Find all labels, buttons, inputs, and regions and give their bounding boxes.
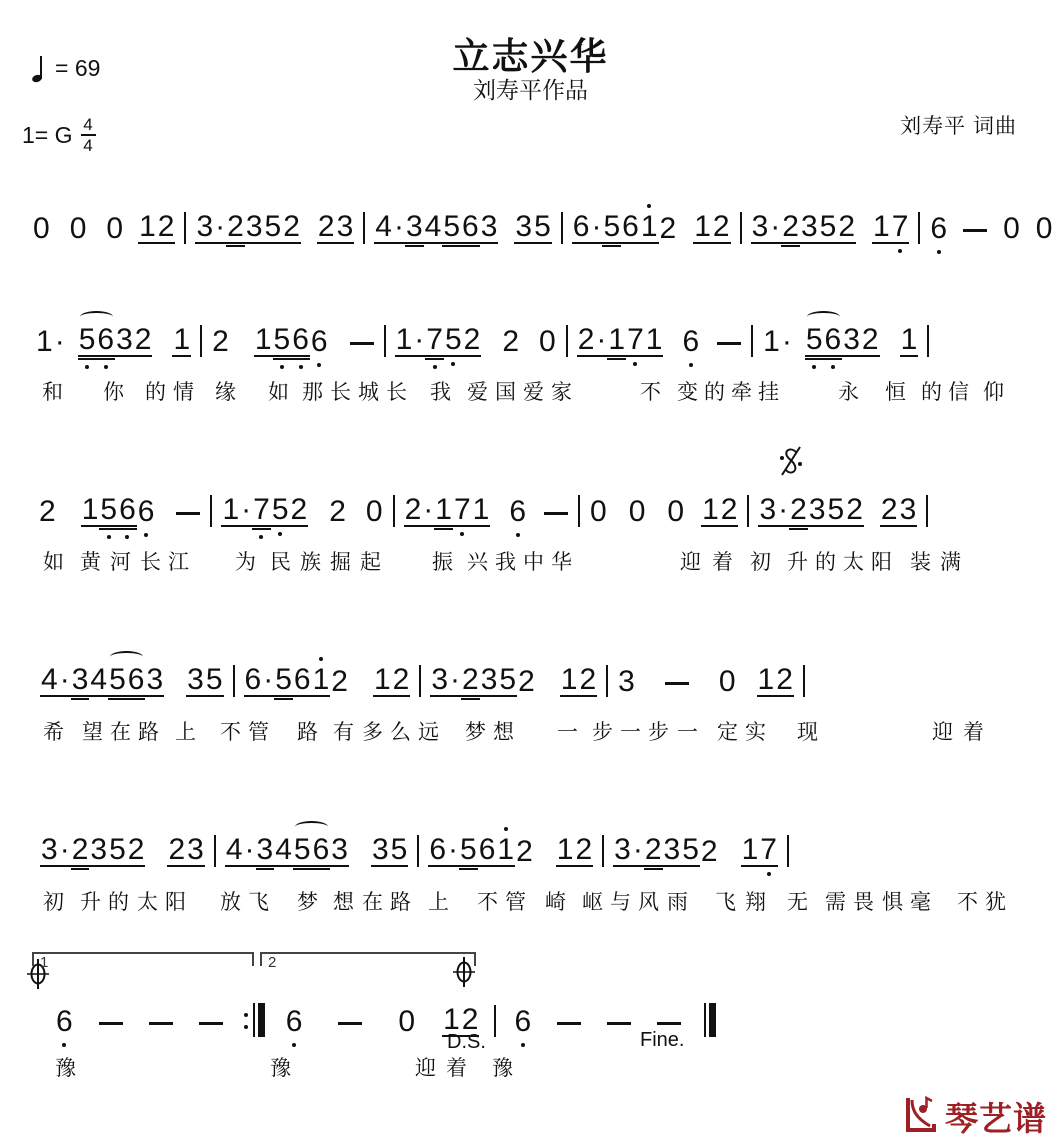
key-prefix: 1= G: [22, 122, 73, 149]
barline: [417, 835, 419, 867]
octave-dot-below: [898, 249, 902, 253]
note: 3·: [195, 212, 226, 244]
lyric-syllable: 初: [750, 550, 771, 575]
volta-1-bracket: 1: [32, 952, 254, 966]
lyric-syllable: 惧: [882, 890, 903, 915]
note: 5: [274, 665, 293, 697]
octave-dot-below: [144, 533, 148, 537]
note: 3·: [40, 835, 71, 867]
spacer: [636, 696, 664, 697]
spacer: [347, 526, 365, 527]
octave-dot-below: [280, 365, 284, 369]
note: 2: [789, 495, 808, 527]
lyric-syllable: 的: [145, 380, 166, 405]
fine-label: Fine.: [640, 1029, 684, 1052]
lyric-syllable: 为: [235, 550, 256, 575]
lyrics-line-6: 豫豫迎着豫: [0, 1056, 1061, 1086]
note: 6: [96, 325, 115, 357]
note: 4·: [374, 212, 405, 244]
final-barline: [704, 1003, 716, 1037]
lyric-syllable: 不: [220, 720, 241, 745]
lyric-syllable: 河: [110, 550, 131, 575]
octave-dot-below: [85, 365, 89, 369]
note: 2: [463, 325, 482, 357]
note: 2: [157, 212, 176, 244]
lyric-syllable: 装: [910, 550, 931, 575]
lyric-syllable: 华: [551, 550, 572, 575]
barline: [561, 212, 563, 244]
note: 1: [757, 665, 776, 697]
time-denominator: 4: [83, 137, 92, 154]
lyric-syllable: 着: [963, 720, 984, 745]
volta-2-label: 2: [268, 954, 276, 971]
note: 1: [556, 835, 575, 867]
barline: [602, 835, 604, 867]
octave-dot-below: [292, 1043, 296, 1047]
note: 2: [775, 665, 794, 697]
lyric-syllable: 路: [138, 720, 159, 745]
lyric-syllable: 起: [360, 550, 381, 575]
dash-note: [665, 682, 689, 685]
lyric-syllable: 不: [640, 380, 661, 405]
note: 2: [328, 497, 347, 527]
note: 1: [900, 325, 919, 357]
dash-note: [557, 1022, 581, 1025]
lyric-syllable: 城: [358, 380, 379, 405]
barline: [566, 325, 568, 357]
lyric-syllable: 信: [948, 380, 969, 405]
note: 6·: [244, 665, 275, 697]
note: 7: [425, 325, 444, 357]
spacer: [152, 356, 172, 357]
lyric-syllable: 岖: [582, 890, 603, 915]
octave-dot-below: [451, 362, 455, 366]
lyric-syllable: 太: [843, 550, 864, 575]
note: 6: [508, 497, 527, 527]
note: 3·: [751, 212, 782, 244]
spacer: [700, 356, 716, 357]
lyric-syllable: 黄: [80, 550, 101, 575]
note: 1: [640, 212, 659, 244]
slur-group: 56: [805, 325, 842, 357]
dash-note: [99, 1022, 123, 1025]
note: 5: [273, 325, 292, 357]
spacer: [582, 1036, 606, 1037]
note: 6: [513, 1007, 532, 1037]
key-signature: 1= G 4 4: [22, 116, 96, 154]
lyric-syllable: 迎: [680, 550, 701, 575]
note: 3: [115, 325, 134, 357]
lyric-syllable: 的: [815, 550, 836, 575]
lyric-syllable: 望: [82, 720, 103, 745]
note: 6: [621, 212, 640, 244]
spacer: [51, 243, 69, 244]
music-system-1: 000123·2352234·34563356·5612123·23521760…: [32, 202, 1061, 244]
lyric-syllable: 现: [797, 720, 818, 745]
time-signature: 4 4: [81, 116, 96, 154]
note: 2: [392, 665, 411, 697]
note: 0: [365, 497, 384, 527]
spacer: [864, 526, 880, 527]
spacer: [490, 526, 508, 527]
lyric-syllable: 豫: [270, 1056, 291, 1081]
note: 0: [628, 497, 647, 527]
note: 5: [498, 665, 517, 697]
note: 1·: [395, 325, 426, 357]
slur-group: 56: [108, 665, 145, 697]
barline: [751, 325, 753, 357]
note: 3: [480, 665, 499, 697]
note: 5: [390, 835, 409, 867]
music-system-2: 1·56321215661·752202·17161·56321: [35, 315, 938, 357]
barline: [606, 665, 608, 697]
octave-dot-below: [317, 363, 321, 367]
spacer: [536, 696, 560, 697]
note: 5: [533, 212, 552, 244]
lyric-syllable: 那: [302, 380, 323, 405]
spacer: [527, 526, 543, 527]
lyric-syllable: 实: [745, 720, 766, 745]
octave-dot-above: [504, 827, 508, 831]
barline: [747, 495, 749, 527]
lyric-syllable: 雨: [667, 890, 688, 915]
note: 3: [245, 212, 264, 244]
note: 3: [800, 212, 819, 244]
lyric-syllable: 梦: [297, 890, 318, 915]
lyric-syllable: 缘: [215, 380, 236, 405]
octave-dot-below: [516, 533, 520, 537]
lyric-syllable: 路: [390, 890, 411, 915]
lyrics-line-4: 希望在路上不管路有多么远梦想一步一步一定实现迎着: [0, 720, 1061, 750]
barline: [384, 325, 386, 357]
barline: [787, 835, 789, 867]
note: 1: [496, 835, 515, 867]
lyric-syllable: 升: [787, 550, 808, 575]
note: 0: [32, 214, 51, 244]
music-system-4: 4·34563356·5612123·2352123012: [40, 655, 814, 697]
note: 2: [282, 212, 301, 244]
note: 3: [808, 495, 827, 527]
note: 2: [134, 325, 153, 357]
note: 5: [205, 665, 224, 697]
note: 1: [254, 325, 273, 357]
note: 6: [824, 325, 843, 357]
note: 2: [501, 327, 520, 357]
note: 1·: [221, 495, 252, 527]
spacer: [505, 1036, 513, 1037]
dash-note: [963, 229, 987, 232]
note: 2: [861, 325, 880, 357]
note: 2: [781, 212, 800, 244]
octave-dot-below: [107, 535, 111, 539]
spacer: [690, 696, 718, 697]
note: 5: [819, 212, 838, 244]
spacer: [520, 356, 538, 357]
spacer: [87, 243, 105, 244]
note: 2: [837, 212, 856, 244]
note: 3·: [758, 495, 789, 527]
dash-note: [149, 1022, 173, 1025]
spacer: [988, 243, 1002, 244]
lyric-syllable: 满: [940, 550, 961, 575]
octave-dot-below: [937, 250, 941, 254]
lyric-syllable: 你: [103, 380, 124, 405]
note: 4: [424, 212, 443, 244]
lyric-syllable: 我: [495, 550, 516, 575]
note: 1: [607, 325, 626, 357]
lyric-syllable: 国: [495, 380, 516, 405]
lyric-syllable: 管: [505, 890, 526, 915]
repeat-barline: [244, 1003, 265, 1037]
lyric-syllable: 和: [42, 380, 63, 405]
note: 0: [538, 327, 557, 357]
lyric-syllable: 无: [787, 890, 808, 915]
note: 2: [38, 497, 57, 527]
lyric-syllable: 挂: [758, 380, 779, 405]
lyric-syllable: 毫: [910, 890, 931, 915]
note: 3: [371, 835, 390, 867]
spacer: [145, 866, 167, 867]
dash-note: [338, 1022, 362, 1025]
spacer: [719, 866, 741, 867]
slur-arc: [110, 651, 143, 663]
note: 6: [310, 327, 329, 357]
lyrics-line-3: 如黄河长江为民族掘起振兴我中华迎着初升的太阳装满: [0, 550, 1061, 580]
note: 2: [330, 667, 349, 697]
lyric-syllable: 定: [717, 720, 738, 745]
barline: [210, 495, 212, 527]
note: 0: [1035, 214, 1054, 244]
note: 2: [226, 212, 245, 244]
note: 5: [805, 325, 824, 357]
note: 0: [1002, 214, 1021, 244]
lyric-syllable: 想: [493, 720, 514, 745]
spacer: [224, 1036, 236, 1037]
note: 6: [291, 325, 310, 357]
octave-dot-below: [460, 532, 464, 536]
note: 5: [459, 835, 478, 867]
spacer: [948, 243, 962, 244]
lyric-syllable: 在: [362, 890, 383, 915]
note: 6: [461, 212, 480, 244]
lyric-syllable: 不: [477, 890, 498, 915]
octave-dot-above: [647, 204, 651, 208]
note: 2: [515, 837, 534, 867]
barline: [214, 835, 216, 867]
lyric-syllable: 民: [270, 550, 291, 575]
lyric-syllable: 步: [648, 720, 669, 745]
note: 1: [81, 495, 100, 527]
note: 3: [330, 835, 349, 867]
note: 1·: [762, 327, 793, 357]
lyric-syllable: 路: [297, 720, 318, 745]
note: 2: [720, 495, 739, 527]
lyric-syllable: 仰: [983, 380, 1004, 405]
note: 0: [589, 497, 608, 527]
note: 7: [759, 835, 778, 867]
barline: [927, 325, 929, 357]
dash-note: [176, 512, 200, 515]
spacer: [308, 526, 328, 527]
lyric-syllable: 阳: [165, 890, 186, 915]
note: 1: [693, 212, 712, 244]
lyric-syllable: 升: [80, 890, 101, 915]
note: 0: [105, 214, 124, 244]
note: 0: [718, 667, 737, 697]
lyric-syllable: 犹: [985, 890, 1006, 915]
lyric-syllable: 崎: [545, 890, 566, 915]
note: 6: [137, 497, 156, 527]
spacer: [230, 356, 254, 357]
note: 1: [741, 835, 760, 867]
note: 1: [472, 495, 491, 527]
lyric-syllable: 的: [704, 380, 725, 405]
time-numerator: 4: [83, 116, 92, 133]
note: 2: [712, 212, 731, 244]
lyric-syllable: 家: [551, 380, 572, 405]
barline: [200, 325, 202, 357]
spacer: [737, 696, 757, 697]
note: 2: [167, 835, 186, 867]
lyric-syllable: 豫: [492, 1056, 513, 1081]
note: 1: [560, 665, 579, 697]
spacer: [155, 526, 175, 527]
lyric-syllable: 情: [173, 380, 194, 405]
note: 3: [514, 212, 533, 244]
note: 2: [644, 835, 663, 867]
note: 2: [578, 665, 597, 697]
octave-dot-below: [633, 362, 637, 366]
note: 1: [872, 212, 891, 244]
octave-dot-below: [433, 365, 437, 369]
note: 2·: [404, 495, 435, 527]
spacer: [164, 696, 186, 697]
note: 5: [78, 325, 97, 357]
lyric-syllable: 着: [446, 1056, 467, 1081]
dash-note: [544, 512, 568, 515]
lyric-syllable: 永: [838, 380, 859, 405]
spacer: [880, 356, 900, 357]
octave-dot-below: [812, 365, 816, 369]
dash-note: [657, 1022, 681, 1025]
spacer: [685, 526, 701, 527]
note: 2: [517, 667, 536, 697]
lyric-syllable: 掘: [330, 550, 351, 575]
lyric-syllable: 上: [428, 890, 449, 915]
lyric-syllable: 中: [523, 550, 544, 575]
note: 6: [478, 835, 497, 867]
lyric-syllable: 恒: [885, 380, 906, 405]
note: 3: [480, 212, 499, 244]
note: 2: [574, 835, 593, 867]
slur-group: 56: [78, 325, 115, 357]
note: 3: [899, 495, 918, 527]
slur-arc: [807, 311, 840, 323]
barline: [363, 212, 365, 244]
sheet-music-page: = 69 立志兴华 刘寿平作品 刘寿平 词曲 1= G 4 4 000123·2…: [0, 0, 1061, 1147]
note: 2: [880, 495, 899, 527]
lyric-syllable: 步: [592, 720, 613, 745]
note: 2: [211, 327, 230, 357]
music-system-6: 660126: [55, 995, 724, 1037]
lyric-syllable: 风: [638, 890, 659, 915]
spacer: [363, 1036, 397, 1037]
lyric-syllable: 远: [418, 720, 439, 745]
spacer: [303, 1036, 337, 1037]
spacer: [534, 866, 556, 867]
lyric-syllable: 阳: [871, 550, 892, 575]
note: 3: [71, 665, 90, 697]
note: 6·: [428, 835, 459, 867]
spacer: [532, 1036, 556, 1037]
dash-note: [717, 342, 741, 345]
note: 5: [681, 835, 700, 867]
note: 2: [845, 495, 864, 527]
lyric-syllable: 管: [248, 720, 269, 745]
note: 0: [666, 497, 685, 527]
note: 2: [659, 214, 678, 244]
note: 3: [145, 665, 164, 697]
octave-dot-below: [831, 365, 835, 369]
note: 3: [89, 835, 108, 867]
spacer: [856, 243, 872, 244]
lyric-syllable: 在: [110, 720, 131, 745]
dash-note: [350, 342, 374, 345]
note: 7: [453, 495, 472, 527]
note: 6: [55, 1007, 74, 1037]
barline: [918, 212, 920, 244]
note: 4·: [225, 835, 256, 867]
note: 5: [827, 495, 846, 527]
lyric-syllable: 梦: [465, 720, 486, 745]
logo-text: 琴艺谱: [945, 1093, 1047, 1140]
note: 0: [397, 1007, 416, 1037]
volta-1-label: 1: [40, 954, 48, 971]
spacer: [124, 1036, 148, 1037]
lyrics-line-5: 初升的太阳放飞梦想在路上不管崎岖与风雨飞翔无需畏惧毫不犹: [0, 890, 1061, 920]
ds-label: D.S.: [447, 1031, 486, 1054]
note: 3: [617, 667, 636, 697]
note: 0: [69, 214, 88, 244]
note: 2: [461, 665, 480, 697]
spacer: [481, 356, 501, 357]
lyric-syllable: 多: [362, 720, 383, 745]
note: 3: [186, 835, 205, 867]
note: 4: [274, 835, 293, 867]
lyric-syllable: 爱: [467, 380, 488, 405]
lyric-syllable: 族: [300, 550, 321, 575]
lyric-syllable: 么: [390, 720, 411, 745]
piano-note-icon: [899, 1092, 943, 1141]
note: 5: [442, 212, 461, 244]
lyric-syllable: 初: [43, 890, 64, 915]
spacer: [57, 526, 81, 527]
lyric-syllable: 不: [957, 890, 978, 915]
note: 4·: [40, 665, 71, 697]
octave-dot-below: [259, 535, 263, 539]
lyric-syllable: 一: [557, 720, 578, 745]
note: 6: [285, 1007, 304, 1037]
lyric-syllable: 放: [220, 890, 241, 915]
lyric-syllable: 一: [620, 720, 641, 745]
dash-note: [199, 1022, 223, 1025]
octave-dot-below: [125, 535, 129, 539]
lyric-syllable: 飞: [248, 890, 269, 915]
barline: [494, 1005, 496, 1037]
octave-dot-below: [521, 1043, 525, 1047]
lyric-syllable: 我: [430, 380, 451, 405]
barline: [578, 495, 580, 527]
